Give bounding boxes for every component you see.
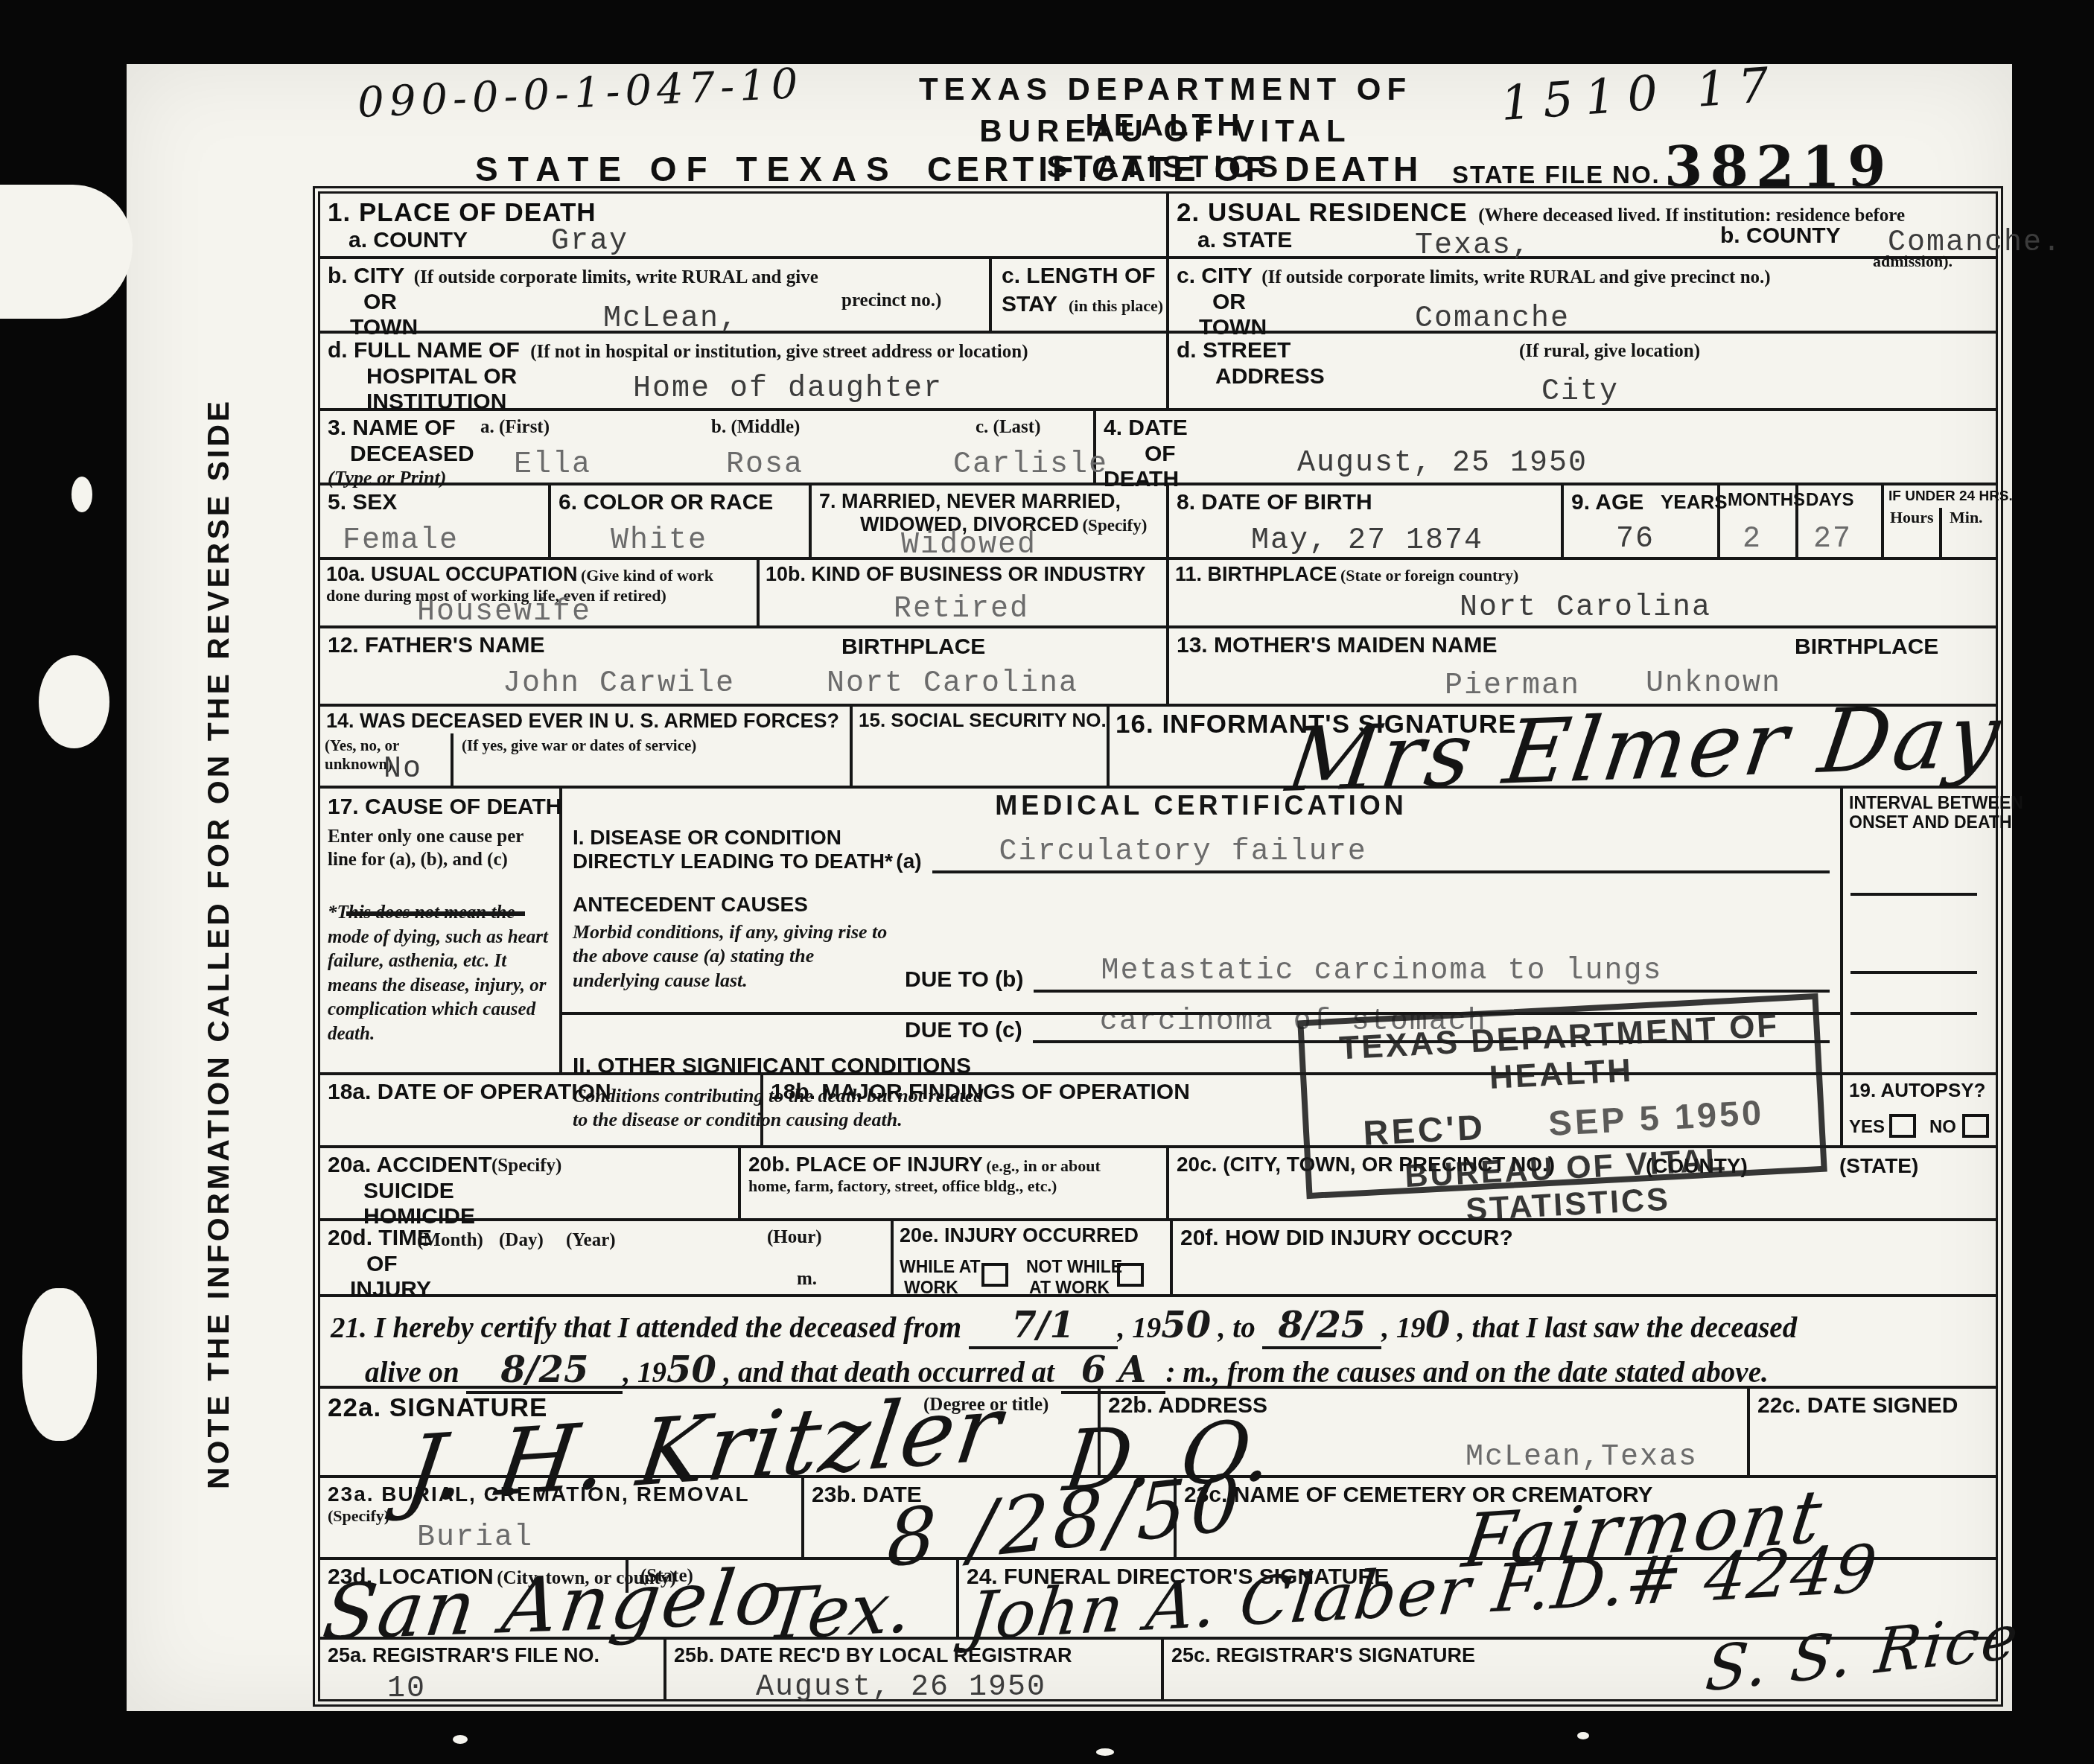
burial-location-city: San Angelo (319, 1559, 789, 1652)
section-date-signed: 22c. DATE SIGNED (1750, 1389, 1996, 1475)
section-marital: 7. MARRIED, NEVER MARRIED, WIDOWED, DIVO… (812, 485, 1169, 557)
place-of-death-title: 1. PLACE OF DEATH (328, 198, 596, 227)
section-age-days: DAYS 27 (1798, 485, 1884, 557)
section-date-received: 25b. DATE REC'D BY LOCAL REGISTRAR Augus… (666, 1640, 1164, 1699)
middle-label: b. (Middle) (711, 417, 800, 438)
cause-label: 17. CAUSE OF DEATH (328, 795, 562, 819)
hospital-label: d. FULL NAME OF (328, 338, 520, 363)
burial-location-state: Tex. (763, 1573, 915, 1652)
middle-name-value: Rosa (726, 448, 803, 482)
certify-t1: I hereby certify that I attended the dec… (375, 1312, 962, 1344)
reverse-side-note: NOTE THE INFORMATION CALLED FOR ON THE R… (201, 402, 276, 1489)
dod-label2: OF (1145, 442, 1176, 466)
day-label: (Day) (499, 1230, 544, 1251)
father-birthplace-label: BIRTHPLACE (841, 634, 985, 660)
section-under-24: IF UNDER 24 HRS. Hours Min. (1884, 485, 1996, 557)
father-name-value: John Carwile (503, 667, 735, 701)
registrar-file-value: 10 (387, 1672, 426, 1706)
mother-name-value: Pierman (1445, 669, 1580, 703)
cause-a-value: Circulatory failure (999, 835, 1367, 869)
street-label: d. STREET (1177, 338, 1291, 363)
operation-date-label: 18a. DATE OF OPERATION (328, 1080, 611, 1104)
interval-line-a (1850, 893, 1977, 896)
section-age-years: 9. AGE YEARS 76 (1564, 485, 1720, 557)
race-value: White (611, 524, 707, 558)
marital-note: (Specify) (1082, 516, 1147, 535)
state-label: a. STATE (1197, 228, 1292, 252)
county-label: a. COUNTY (349, 228, 468, 252)
not-while-at-work-checkbox (1117, 1263, 1144, 1287)
race-label: 6. COLOR OR RACE (558, 490, 773, 515)
certify-year2: 0 (1425, 1305, 1450, 1346)
cause-b-value: Metastatic carcinoma to lungs (1101, 955, 1662, 988)
years-label: YEARS (1661, 491, 1728, 514)
sex-label: 5. SEX (328, 490, 397, 515)
while-at-label: WHILE AT (900, 1257, 981, 1276)
month-label: (Month) (417, 1230, 483, 1251)
due-to-c-tag: DUE TO (c) (905, 1018, 1022, 1044)
min-label: Min. (1950, 508, 1983, 527)
autopsy-yes-label: YES (1849, 1117, 1885, 1138)
city-note: (If outside corporate limits, write RURA… (414, 267, 818, 287)
row-place-residence: 1. PLACE OF DEATH a. COUNTY Gray b. CITY… (320, 194, 1996, 411)
section-armed-forces: 14. WAS DECEASED EVER IN U. S. ARMED FOR… (320, 707, 853, 786)
at-work-label: AT WORK (1029, 1278, 1110, 1297)
row-demographics: 5. SEX Female 6. COLOR OR RACE White 7. … (320, 485, 1996, 560)
m-label: m. (797, 1269, 817, 1290)
marital-value: Widowed (901, 529, 1037, 562)
occupation-label: 10a. USUAL OCCUPATION (326, 563, 578, 585)
certify-to-line: 8/25 (1262, 1305, 1381, 1349)
first-label: a. (First) (480, 417, 550, 438)
section-birthplace: 11. BIRTHPLACE (State or foreign country… (1169, 560, 1996, 625)
row-certification: 21. I hereby certify that I attended the… (320, 1297, 1996, 1389)
stamp-date: SEP 5 1950 (1547, 1092, 1765, 1144)
stamp-recd: REC'D (1362, 1106, 1486, 1153)
interval-label2: ONSET AND DEATH (1849, 812, 2012, 832)
interval-line-b (1850, 971, 1977, 974)
year-label: (Year) (566, 1230, 616, 1251)
section-father: 12. FATHER'S NAME BIRTHPLACE John Carwil… (320, 628, 1169, 704)
first-name-value: Ella (514, 448, 591, 482)
section-place-of-injury: 20b. PLACE OF INJURY (e.g., in or about … (741, 1148, 1169, 1218)
armed-forces-label: 14. WAS DECEASED EVER IN U. S. ARMED FOR… (326, 710, 839, 732)
days-label: DAYS (1806, 490, 1853, 510)
certify-year3: 50 (666, 1349, 716, 1391)
hospital-value: Home of daughter (633, 372, 943, 406)
certify-alive-value: 8/25 (501, 1349, 589, 1391)
work-label: WORK (904, 1278, 958, 1297)
autopsy-yes-checkbox (1889, 1114, 1916, 1138)
section-name-of-deceased: 3. NAME OF DECEASED (Type or Print) a. (… (320, 411, 1096, 483)
row-name-dod: 3. NAME OF DECEASED (Type or Print) a. (… (320, 411, 1996, 485)
injury-place-label: 20b. PLACE OF INJURY (748, 1153, 983, 1176)
certify-from-value: 7/1 (1012, 1305, 1075, 1346)
residence-city-note: (If outside corporate limits, write RURA… (1261, 267, 1770, 287)
autopsy-label: 19. AUTOPSY? (1849, 1079, 1986, 1101)
certify-hour-line: 6 A (1061, 1349, 1165, 1394)
age-months-value: 2 (1743, 523, 1762, 556)
certify-from-line: 7/1 (969, 1305, 1118, 1349)
street-note: (If rural, give location) (1519, 341, 1700, 362)
hours-min-divider (1939, 508, 1942, 557)
section-date-of-death: 4. DATE OF DEATH August, 25 1950 (1096, 411, 1996, 483)
residence-city-label: c. CITY (1177, 264, 1253, 288)
certificate-title: CERTIFICATE OF DEATH (927, 149, 1422, 189)
cause-b-line: Metastatic carcinoma to lungs (1034, 955, 1830, 993)
usual-residence-note: (Where deceased lived. If institution: r… (1478, 206, 1905, 226)
occupation-value: Housewife (417, 596, 591, 629)
street-value: City (1541, 375, 1619, 409)
section-business: 10b. KIND OF BUSINESS OR INDUSTRY Retire… (760, 560, 1169, 625)
section-place-of-death: 1. PLACE OF DEATH a. COUNTY Gray b. CITY… (320, 194, 1169, 408)
age-years-value: 76 (1616, 523, 1655, 556)
autopsy-no-label: NO (1929, 1117, 1956, 1138)
date-received-value: August, 26 1950 (756, 1671, 1046, 1704)
received-stamp: TEXAS DEPARTMENT OF HEALTH REC'D SEP 5 1… (1297, 993, 1827, 1199)
business-value: Retired (894, 593, 1029, 626)
father-label: 12. FATHER'S NAME (328, 633, 545, 657)
mother-birthplace-label: BIRTHPLACE (1795, 634, 1938, 660)
film-artifact (1577, 1732, 1589, 1739)
injury-occurred-label: 20e. INJURY OCCURRED (900, 1224, 1139, 1246)
city-label: b. CITY (328, 264, 404, 288)
name-title2: DECEASED (350, 442, 474, 466)
stay-label2: STAY (1002, 292, 1057, 318)
mother-label: 13. MOTHER'S MAIDEN NAME (1177, 633, 1498, 657)
certify-to-value: 8/25 (1279, 1305, 1366, 1346)
accident-note: (Specify) (491, 1156, 561, 1176)
scanned-death-certificate: { "side_note": "NOTE THE INFORMATION CAL… (0, 0, 2094, 1764)
section-injury-time: 20d. TIME (Month) (Day) (Year) (Hour) m.… (320, 1221, 894, 1294)
film-artifact (1096, 1748, 1114, 1756)
row-occupation: 10a. USUAL OCCUPATION (Give kind of work… (320, 560, 1996, 628)
residence-city-value: Comanche (1415, 302, 1570, 336)
sex-value: Female (343, 524, 459, 558)
dob-label: 8. DATE OF BIRTH (1177, 490, 1372, 515)
dob-value: May, 27 1874 (1251, 524, 1483, 558)
film-artifact (71, 477, 92, 512)
film-artifact (0, 185, 133, 319)
certify-t7: , 19 (623, 1357, 666, 1389)
stamp-line1: TEXAS DEPARTMENT OF HEALTH (1304, 1005, 1816, 1107)
injury-state-label: (STATE) (1839, 1154, 1918, 1178)
physician-address-value: McLean,Texas (1466, 1441, 1698, 1474)
father-birthplace-value: Nort Carolina (827, 667, 1078, 701)
age-days-value: 27 (1813, 523, 1852, 556)
date-signed-label: 22c. DATE SIGNED (1757, 1393, 1958, 1418)
certify-t3: , to (1218, 1312, 1256, 1344)
name-title: 3. NAME OF (328, 415, 456, 440)
city-or-label: OR (363, 290, 397, 314)
section-interval: INTERVAL BETWEEN ONSET AND DEATH (1843, 789, 1996, 1072)
section-usual-residence: 2. USUAL RESIDENCE (Where deceased lived… (1169, 194, 1996, 408)
months-label: MONTHS (1728, 490, 1805, 510)
business-label: 10b. KIND OF BUSINESS OR INDUSTRY (766, 563, 1146, 585)
usual-residence-title: 2. USUAL RESIDENCE (1177, 198, 1468, 227)
film-artifact (22, 1288, 97, 1441)
stay-note: (in this place) (1069, 296, 1163, 316)
city-note2: precinct no.) (841, 290, 941, 311)
occupation-note: (Give kind of work (581, 566, 713, 585)
section-date-of-operation: 18a. DATE OF OPERATION (320, 1075, 763, 1145)
operation-findings-label: 18b. MAJOR FINDINGS OF OPERATION (771, 1080, 1190, 1104)
dod-label: 4. DATE (1104, 415, 1188, 440)
age-label: 9. AGE (1571, 490, 1643, 515)
section-autopsy: 19. AUTOPSY? YES NO (1843, 1075, 1996, 1145)
certify-t2: , 19 (1118, 1312, 1162, 1344)
burial-value: Burial (417, 1521, 533, 1555)
injury-time-of: OF (366, 1252, 398, 1276)
section-injury-occurred: 20e. INJURY OCCURRED WHILE AT WORK NOT W… (894, 1221, 1173, 1294)
hour-label: (Hour) (767, 1227, 822, 1248)
ssn-label: 15. SOCIAL SECURITY NO. (859, 709, 1107, 731)
while-at-work-checkbox (981, 1263, 1008, 1287)
state-of-texas-title: STATE OF TEXAS (475, 149, 899, 189)
disease-a-tag: (a) (896, 850, 921, 873)
dod-value: August, 25 1950 (1297, 447, 1588, 480)
certify-alive-line: 8/25 (466, 1349, 623, 1394)
section-race: 6. COLOR OR RACE White (551, 485, 812, 557)
cause-footnote: *This does not mean the mode of dying, s… (328, 901, 552, 1046)
certification-text: 21. I hereby certify that I attended the… (320, 1297, 1996, 1401)
not-while-label: NOT WHILE (1026, 1257, 1122, 1276)
birthplace-value: Nort Carolina (1460, 591, 1711, 625)
armed-forces-divider (451, 733, 454, 786)
last-name-value: Carlisle (953, 448, 1108, 482)
birthplace-note: (State or foreign country) (1340, 566, 1518, 585)
interval-label: INTERVAL BETWEEN (1849, 793, 2023, 812)
certify-t9: : m., from the causes and on the date st… (1165, 1357, 1768, 1389)
row-injury-time: 20d. TIME (Month) (Day) (Year) (Hour) m.… (320, 1221, 1996, 1297)
injury-place-note2: home, farm, factory, street, office bldg… (748, 1176, 1057, 1195)
antecedent-note: Morbid conditions, if any, giving rise t… (573, 920, 893, 993)
certify-t4: , 19 (1381, 1312, 1425, 1344)
marital-label: 7. MARRIED, NEVER MARRIED, (819, 490, 1121, 512)
certify-t6: alive on (365, 1357, 459, 1389)
burial-note: (Specify) (328, 1506, 389, 1525)
interval-line-c (1850, 1012, 1977, 1015)
registrar-signature-label: 25c. REGISTRAR'S SIGNATURE (1171, 1644, 1475, 1666)
last-label: c. (Last) (976, 417, 1040, 438)
film-artifact (39, 655, 109, 748)
stay-label: c. LENGTH OF (1002, 264, 1156, 290)
state-file-no-label: STATE FILE NO. (1452, 161, 1661, 189)
due-to-b-tag: DUE TO (b) (905, 967, 1023, 993)
certify-no: 21. (331, 1312, 367, 1344)
county-value: Gray (551, 225, 628, 258)
cause-rule (346, 911, 525, 916)
certify-year1: 50 (1161, 1305, 1211, 1346)
cause-instruction: Enter only one cause per line for (a), (… (328, 825, 552, 872)
state-value: Texas, (1415, 229, 1531, 263)
residence-or-label: OR (1212, 290, 1246, 314)
section-sex: 5. SEX Female (320, 485, 551, 557)
hospital-label2: HOSPITAL OR (366, 364, 517, 389)
injury-place-note: (e.g., in or about (986, 1156, 1101, 1175)
section-cause-left: 17. CAUSE OF DEATH Enter only one cause … (320, 789, 562, 1072)
section-ssn: 15. SOCIAL SECURITY NO. (853, 707, 1110, 786)
section-dob: 8. DATE OF BIRTH May, 27 1874 (1169, 485, 1564, 557)
section-age-months: MONTHS 2 (1720, 485, 1798, 557)
cause-a-line: Circulatory failure (932, 836, 1830, 873)
film-artifact (453, 1735, 468, 1744)
birthplace-label: 11. BIRTHPLACE (1175, 563, 1337, 585)
accident-label: 20a. ACCIDENT (328, 1153, 492, 1177)
hours-label: Hours (1890, 508, 1934, 527)
certify-t5: , that I last saw the deceased (1457, 1312, 1797, 1344)
section-how-injury: 20f. HOW DID INJURY OCCUR? (1173, 1221, 1996, 1294)
armed-forces-value: No (384, 753, 422, 786)
certify-hour-value: 6 A (1081, 1349, 1146, 1391)
section-accident: 20a. ACCIDENT (Specify) SUICIDE HOMICIDE (320, 1148, 741, 1218)
city-value: McLean, (603, 302, 739, 336)
informant-signature: Mrs Elmer Day (1282, 691, 2008, 804)
residence-county-label: b. COUNTY (1720, 223, 1841, 249)
armed-forces-note2: (If yes, give war or dates of service) (462, 736, 696, 755)
hospital-note: (If not in hospital or institution, give… (530, 342, 1028, 362)
disease-label: I. DISEASE OR CONDITION (573, 826, 841, 849)
suicide-label: SUICIDE (363, 1179, 454, 1203)
street-label2: ADDRESS (1215, 364, 1325, 389)
length-of-stay-divider (989, 259, 992, 331)
disease-label2: DIRECTLY LEADING TO DEATH* (573, 850, 893, 873)
autopsy-no-checkbox (1962, 1114, 1989, 1138)
antecedent-label: ANTECEDENT CAUSES (573, 893, 1830, 917)
section-occupation: 10a. USUAL OCCUPATION (Give kind of work… (320, 560, 760, 625)
under24-label: IF UNDER 24 HRS. (1888, 488, 2013, 504)
